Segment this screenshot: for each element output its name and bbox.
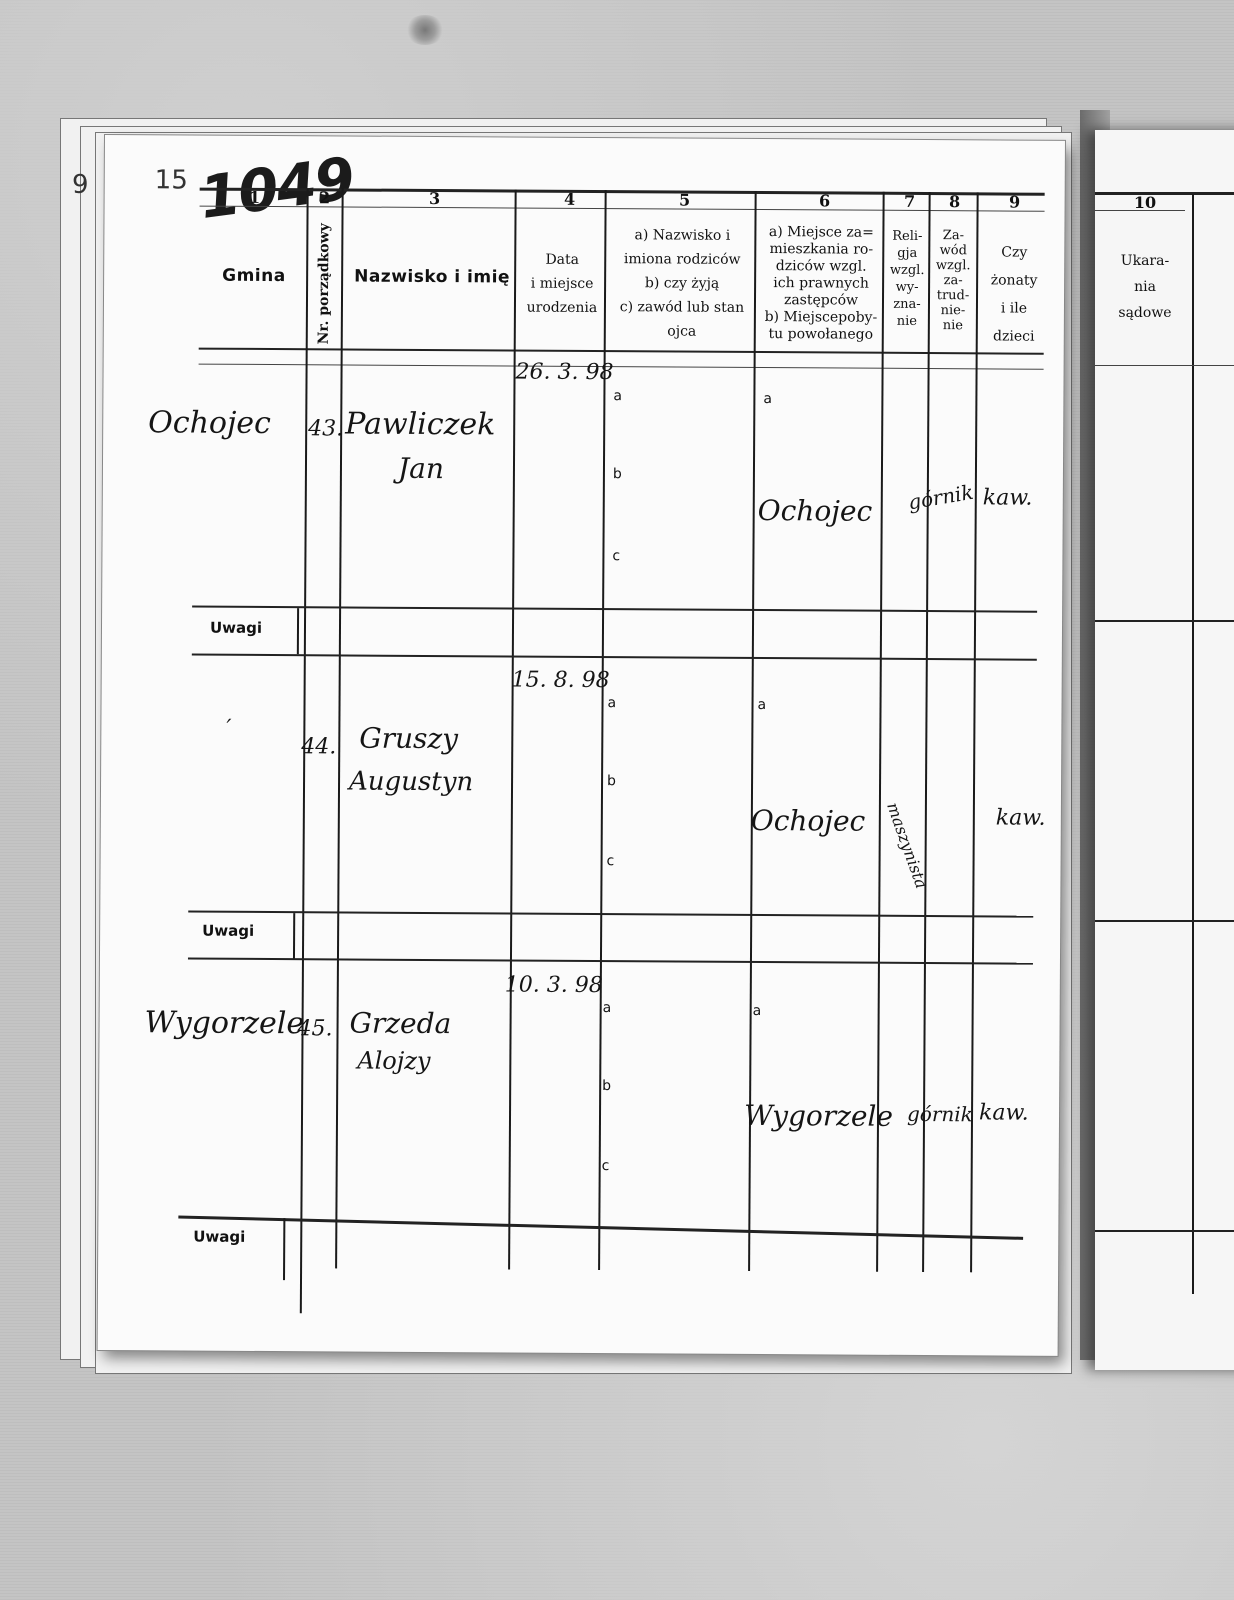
sub-label-b: b	[602, 1078, 611, 1094]
row-top-rule	[199, 364, 1044, 370]
married-value: kaw.	[979, 1100, 1029, 1125]
column-header-parents: a) Nazwisko i imiona rodziców b) czy żyj…	[607, 223, 758, 344]
rule	[1095, 620, 1234, 622]
header-line: Reli-	[885, 228, 929, 245]
rule	[1095, 1230, 1234, 1232]
sub-label-c: c	[612, 548, 620, 564]
header-line: b) Miejscepoby-	[757, 309, 885, 327]
birth-date-value: 10. 3. 98	[505, 972, 603, 998]
column-number-2: 2	[310, 188, 340, 207]
sub-label-c: c	[602, 1158, 610, 1174]
residence-value: Wygorzele	[744, 1099, 893, 1133]
sub-label-a: a	[763, 391, 772, 407]
column-header-name: Nazwisko i imię	[354, 267, 510, 288]
header-line: wy-	[885, 279, 929, 296]
header-line: a) Nazwisko i	[607, 223, 757, 248]
birth-date-value: 26. 3. 98	[515, 360, 613, 386]
sub-label-a: a	[753, 1003, 762, 1019]
pencil-page-number: 15	[155, 165, 188, 195]
column-number-4: 4	[550, 190, 590, 209]
header-line: b) czy żyją	[607, 271, 757, 296]
header-line: i ile	[979, 294, 1049, 322]
header-line: urodzenia	[514, 296, 610, 321]
sub-label-c: c	[607, 853, 615, 869]
column-number-5: 5	[665, 190, 705, 209]
header-line: ich prawnych	[757, 275, 885, 293]
record-number: 43.	[308, 416, 343, 441]
married-value: kaw.	[983, 485, 1033, 510]
header-line: nie-	[930, 303, 976, 318]
header-line: imiona rodziców	[607, 247, 757, 272]
column-number-8: 8	[940, 192, 970, 211]
adjacent-page: 10 Ukara- nia sądowe	[1095, 130, 1234, 1370]
remarks-label: Uwagi	[210, 619, 262, 637]
column-number-3: 3	[415, 189, 455, 208]
remarks-divider	[293, 913, 295, 959]
header-line: ojca	[607, 319, 757, 344]
remarks-label: Uwagi	[193, 1228, 245, 1246]
record-number: 44.	[301, 734, 336, 759]
sub-label-b: b	[613, 466, 622, 482]
edge-mark: 9	[72, 170, 89, 200]
residence-value: Ochojec	[751, 804, 866, 838]
sub-label-a: a	[603, 1000, 612, 1016]
column-number-10: 10	[1125, 193, 1165, 212]
header-line: wzgl.	[930, 258, 976, 273]
column-header-nr: Nr. porządkowy	[316, 223, 333, 344]
header-line: dziców wzgl.	[757, 258, 885, 276]
record-number: 45.	[297, 1016, 332, 1041]
header-line: Ukara-	[1105, 248, 1185, 274]
column-header-birth: Data i miejsce urodzenia	[514, 248, 610, 321]
header-line: c) zawód lub stan	[607, 295, 757, 320]
remarks-field[interactable]	[290, 1224, 1020, 1278]
registration-form-page: 15 1049 1 2 3 4 5 6 7 8 9 Gmina Nr. porz…	[98, 135, 1065, 1356]
header-line: i miejsce	[514, 272, 610, 297]
married-value: kaw.	[996, 805, 1046, 830]
column-header-religion: Reli- gja wzgl. wy- zna- nie	[885, 228, 930, 330]
remarks-field[interactable]	[298, 915, 1028, 961]
header-line: trud-	[930, 288, 976, 303]
residence-value: Ochojec	[758, 494, 873, 528]
column-header-occupation: Za- wód wzgl. za- trud- nie- nie	[930, 228, 977, 333]
header-line: wód	[930, 243, 976, 258]
sub-label-b: b	[607, 773, 616, 789]
surname-value: Gruszy	[359, 722, 458, 756]
header-line: dzieci	[979, 322, 1049, 350]
given-name-value: Jan	[398, 452, 444, 485]
column-divider	[1192, 194, 1194, 1294]
column-number-7: 7	[895, 192, 925, 211]
given-name-value: Augustyn	[349, 767, 473, 798]
header-line: żonaty	[979, 266, 1049, 294]
header-line: sądowe	[1105, 300, 1185, 326]
gmina-value: ′	[226, 716, 231, 741]
column-number-9: 9	[995, 192, 1035, 211]
column-header-residence: a) Miejsce za= mieszkania ro- dziców wzg…	[757, 224, 886, 344]
remarks-field[interactable]	[302, 610, 1032, 656]
header-line: Data	[514, 248, 610, 273]
occupation-value: górnik	[906, 480, 975, 515]
birth-date-value: 15. 8. 98	[512, 667, 610, 693]
header-line: Czy	[979, 238, 1049, 266]
gmina-value: Ochojec	[148, 405, 271, 441]
occupation-value: górnik	[907, 1102, 973, 1126]
sub-label-a: a	[757, 697, 766, 713]
header-line: mieszkania ro-	[757, 241, 885, 259]
rule	[1095, 365, 1234, 366]
sub-label-a: a	[607, 695, 616, 711]
column-number-6: 6	[805, 191, 845, 210]
header-line: nie	[885, 313, 929, 330]
column-divider	[508, 190, 517, 1270]
ink-stain	[405, 15, 445, 45]
given-name-value: Alojzy	[357, 1047, 430, 1075]
column-number-1: 1	[235, 188, 275, 207]
header-line: a) Miejsce za=	[757, 224, 885, 242]
remarks-divider	[283, 1218, 285, 1280]
column-header-gmina: Gmina	[222, 266, 286, 286]
header-line: zastępców	[757, 292, 885, 310]
remarks-label: Uwagi	[202, 922, 254, 940]
header-line: gja	[885, 245, 929, 262]
header-line: nie	[930, 318, 976, 333]
header-line: zna-	[885, 296, 929, 313]
gmina-value: Wygorzele	[144, 1005, 304, 1041]
column-header-married: Czy żonaty i ile dzieci	[979, 238, 1050, 350]
header-line: tu powołanego	[757, 326, 885, 344]
header-line: za-	[930, 273, 976, 288]
header-line: wzgl.	[885, 262, 929, 279]
surname-value: Grzeda	[349, 1007, 451, 1041]
header-bottom-rule	[199, 348, 1044, 355]
header-line: Za-	[930, 228, 976, 243]
column-header-10: Ukara- nia sądowe	[1105, 248, 1185, 326]
header-line: nia	[1105, 274, 1185, 300]
rule	[1095, 920, 1234, 922]
remarks-divider	[297, 608, 299, 654]
sub-label-a: a	[613, 388, 622, 404]
surname-value: Pawliczek	[345, 406, 495, 442]
